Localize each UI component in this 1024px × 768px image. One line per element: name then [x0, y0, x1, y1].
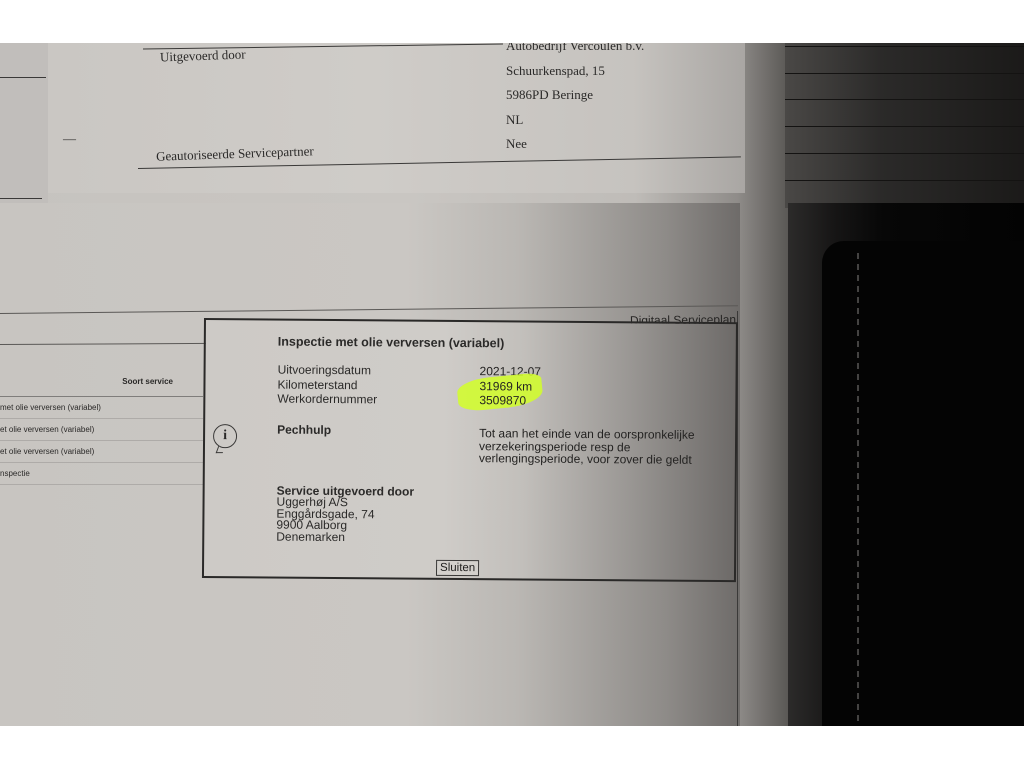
field-values: 2021-12-07 31969 km 3509870: [479, 364, 541, 408]
close-button[interactable]: Sluiten: [436, 560, 479, 576]
field-labels: Uitvoeringsdatum Kilometerstand Werkorde…: [277, 363, 377, 407]
partner-country: Denemarken: [276, 531, 374, 543]
printed-invoice: Uitgevoerd door — Geautoriseerde Service…: [0, 43, 745, 193]
dealer-name: Autobedrijf Vercoulen b.v.: [506, 43, 644, 59]
breakdown-assistance-label: Pechhulp: [277, 423, 331, 437]
label-execution-date: Uitvoeringsdatum: [278, 363, 378, 378]
authorized-partner-label: Geautoriseerde Servicepartner: [156, 143, 314, 164]
lined-paper: [785, 43, 1024, 208]
service-partner-address: Uggerhøj A/S Enggårdsgade, 74 9900 Aalbo…: [276, 497, 374, 544]
text-line: verlengingsperiode, voor zover die geldt: [479, 452, 739, 467]
paper-edge: [0, 43, 48, 208]
dash: —: [63, 131, 76, 147]
table-row[interactable]: nspectie: [0, 463, 203, 485]
service-history-table: Soort service met olie verversen (variab…: [0, 368, 203, 485]
table-row[interactable]: et olie verversen (variabel): [0, 441, 203, 463]
divider: [0, 77, 46, 78]
dealer-street: Schuurkenspad, 15: [506, 59, 644, 84]
table-row[interactable]: met olie verversen (variabel): [0, 397, 203, 419]
dialog-title: Inspectie met olie verversen (variabel): [278, 335, 505, 351]
info-speech-bubble-icon: i: [213, 424, 237, 448]
dealer-address: Autobedrijf Vercoulen b.v. Schuurkenspad…: [506, 43, 644, 157]
dealer-postcode-city: 5986PD Beringe: [506, 83, 644, 108]
table-row[interactable]: et olie verversen (variabel): [0, 419, 203, 441]
divider: [0, 198, 42, 199]
dealer-country: NL: [506, 108, 644, 133]
folder-stitching: [857, 253, 859, 726]
service-detail-dialog: Inspectie met olie verversen (variabel) …: [202, 318, 738, 582]
value-mileage-highlighted: 31969 km: [479, 379, 532, 394]
label-work-order: Werkordernummer: [277, 392, 377, 407]
leather-folder: [822, 241, 1024, 726]
column-header-service-type: Soort service: [0, 368, 203, 397]
breakdown-assistance-text: Tot aan het einde van de oorspronkelijke…: [479, 427, 739, 467]
value-work-order: 3509870: [479, 393, 541, 408]
label-mileage: Kilometerstand: [277, 377, 377, 392]
performed-by-label: Uitgevoerd door: [160, 47, 246, 66]
header-line: [0, 305, 738, 314]
dealer-flag: Nee: [506, 132, 644, 157]
